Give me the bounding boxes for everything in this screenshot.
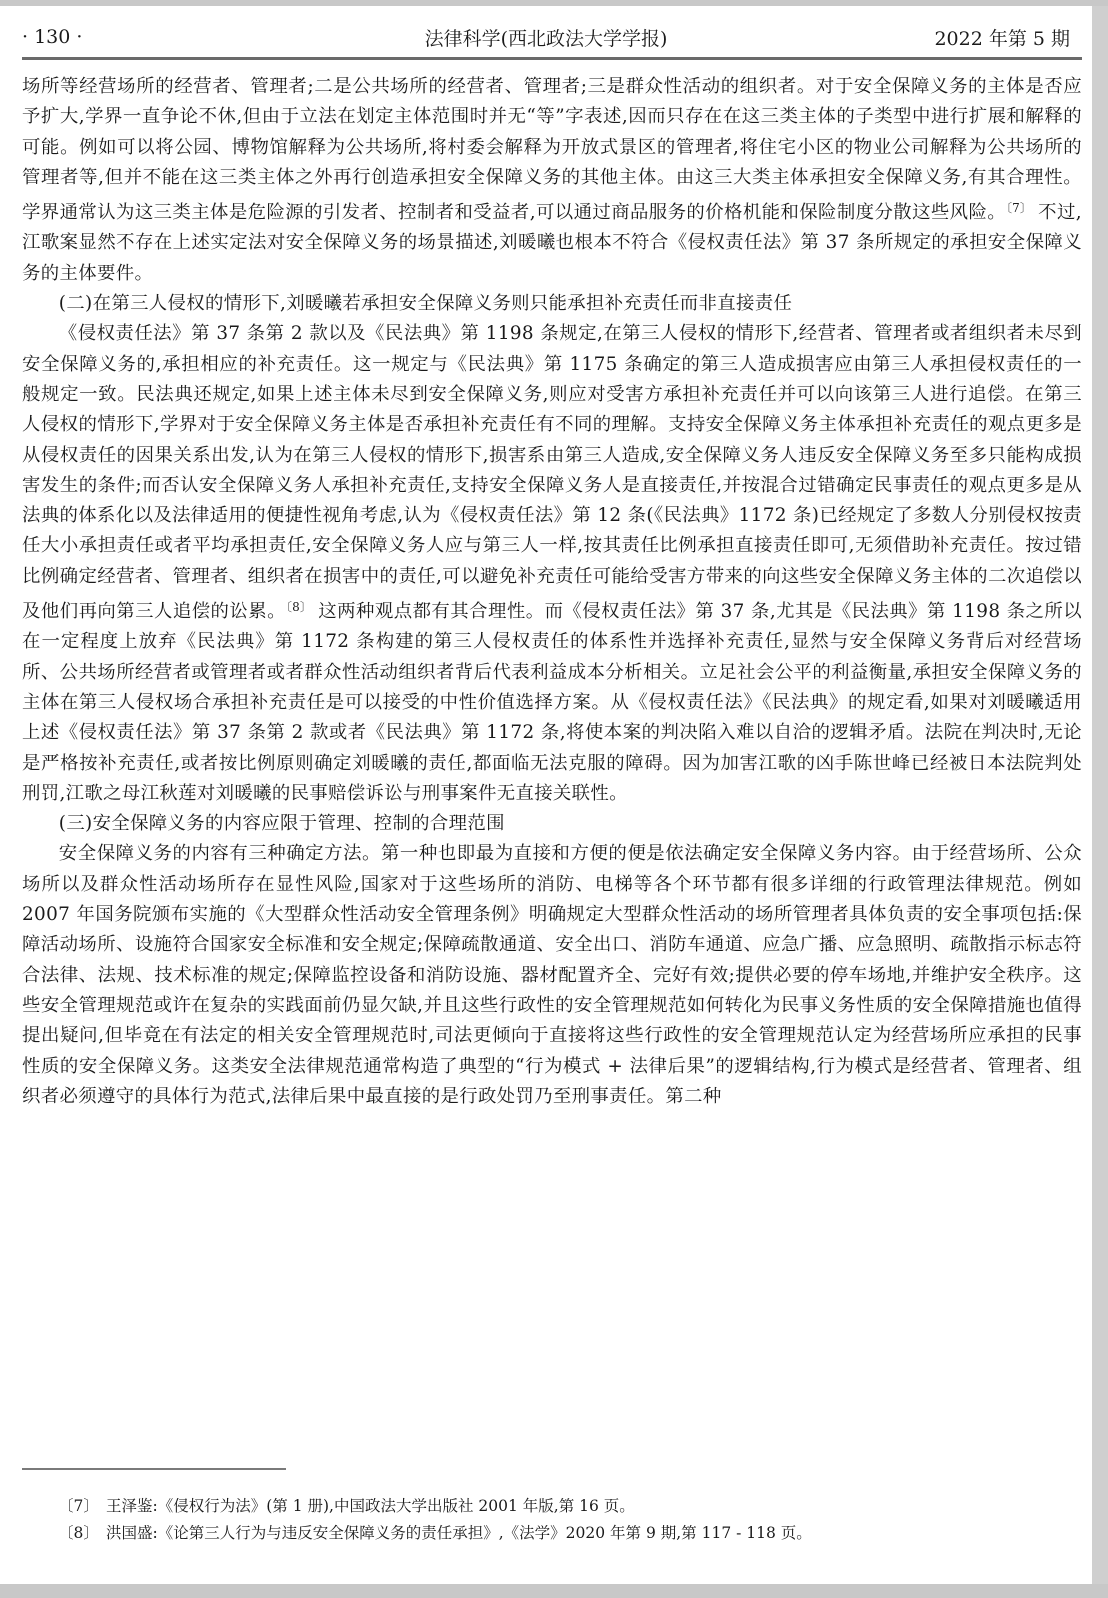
header-rule <box>22 57 1082 60</box>
footnote-8: 〔8〕 洪国盛:《论第三人行为与违反安全保障义务的责任承担》,《法学》2020 … <box>58 1520 1058 1547</box>
footnotes: 〔7〕 王泽鉴:《侵权行为法》(第 1 册),中国政法大学出版社 2001 年版… <box>58 1493 1058 1547</box>
footnote-text: 王泽鉴:《侵权行为法》(第 1 册),中国政法大学出版社 2001 年版,第 1… <box>106 1493 635 1520</box>
page-number: · 130 · <box>22 26 82 48</box>
paragraph-text: 《侵权责任法》第 37 条第 2 款以及《民法典》第 1198 条规定,在第三人… <box>22 323 1082 622</box>
paragraph-2: 《侵权责任法》第 37 条第 2 款以及《民法典》第 1198 条规定,在第三人… <box>22 319 1082 809</box>
section-heading-3: (三)安全保障义务的内容应限于管理、控制的合理范围 <box>22 809 1082 839</box>
paragraph-3: 安全保障义务的内容有三种确定方法。第一种也即最为直接和方便的便是依法确定安全保障… <box>22 839 1082 1112</box>
issue-label: 2022 年第 5 期 <box>934 24 1070 51</box>
footnote-7: 〔7〕 王泽鉴:《侵权行为法》(第 1 册),中国政法大学出版社 2001 年版… <box>58 1493 1058 1520</box>
article-body: 场所等经营场所的经营者、管理者;二是公共场所的经营者、管理者;三是群众性活动的组… <box>22 72 1082 1112</box>
section-heading-2: (二)在第三人侵权的情形下,刘暖曦若承担安全保障义务则只能承担补充责任而非直接责… <box>22 289 1082 319</box>
scan-bottom-border <box>0 1584 1108 1598</box>
journal-title: 法律科学(西北政法大学学报) <box>22 24 1070 51</box>
footnote-text: 洪国盛:《论第三人行为与违反安全保障义务的责任承担》,《法学》2020 年第 9… <box>106 1520 812 1547</box>
paragraph-text: 场所等经营场所的经营者、管理者;二是公共场所的经营者、管理者;三是群众性活动的组… <box>22 76 1082 223</box>
paragraph-text: 这两种观点都有其合理性。而《侵权责任法》第 37 条,尤其是《民法典》第 119… <box>22 601 1082 804</box>
footnote-number: 〔8〕 <box>58 1520 106 1547</box>
footnote-ref-8[interactable]: 〔8〕 <box>286 600 312 614</box>
footnote-rule <box>22 1468 286 1470</box>
journal-page: · 130 · 法律科学(西北政法大学学报) 2022 年第 5 期 场所等经营… <box>0 6 1092 1584</box>
footnote-ref-7[interactable]: 〔7〕 <box>1006 201 1032 215</box>
running-header: · 130 · 法律科学(西北政法大学学报) 2022 年第 5 期 <box>22 20 1070 54</box>
paragraph-1: 场所等经营场所的经营者、管理者;二是公共场所的经营者、管理者;三是群众性活动的组… <box>22 72 1082 289</box>
footnote-number: 〔7〕 <box>58 1493 106 1520</box>
